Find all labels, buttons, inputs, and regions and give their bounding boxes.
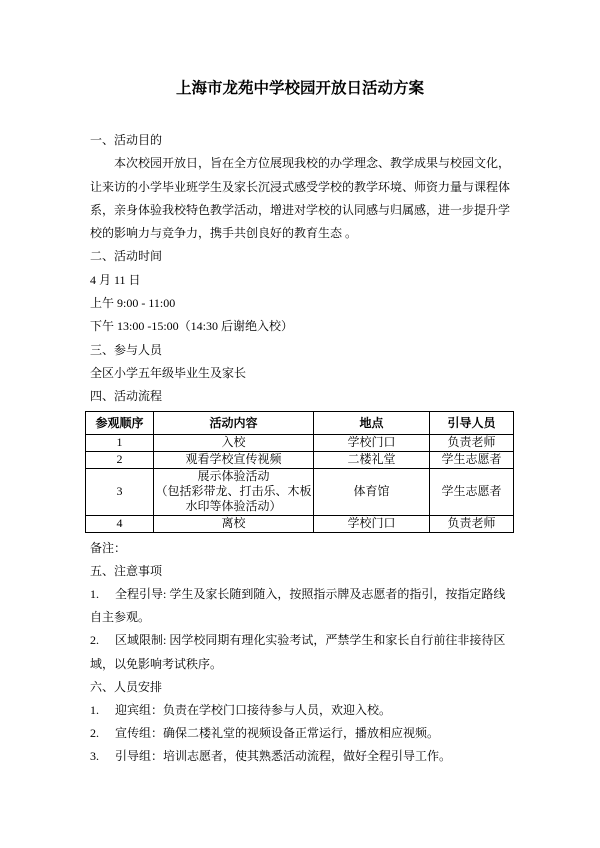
staffing-item: 3.引导组：培训志愿者，使其熟悉活动流程，做好全程引导工作。 xyxy=(90,745,600,768)
list-item-number: 3. xyxy=(90,745,115,768)
staffing-item: 1.迎宾组：负责在学校门口接待参与人员，欢迎入校。 xyxy=(90,699,600,722)
body-top: 一、活动目的 本次校园开放日，旨在全方位展现我校的办学理念、教学成果与校园文化，… xyxy=(90,129,600,409)
table-row: 2 观看学校宣传视频 二楼礼堂 学生志愿者 xyxy=(86,451,514,468)
time-date-line: 4 月 11 日 xyxy=(90,269,600,292)
table-cell-guide: 负责老师 xyxy=(430,515,514,532)
table-cell-activity: 观看学校宣传视频 xyxy=(154,451,314,468)
table-cell-guide: 负责老师 xyxy=(430,434,514,451)
table-cell-activity: 入校 xyxy=(154,434,314,451)
section-heading-purpose: 一、活动目的 xyxy=(90,129,600,152)
table-cell-location: 二楼礼堂 xyxy=(314,451,430,468)
table-cell-location: 体育馆 xyxy=(314,468,430,515)
table-cell-location: 学校门口 xyxy=(314,515,430,532)
body-bottom: 备注： 五、注意事项 1.全程引导: 学生及家长随到随入，按照指示牌及志愿者的指… xyxy=(90,537,600,769)
list-item-number: 1. xyxy=(90,583,115,606)
purpose-paragraph-line: 让来访的小学毕业班学生及家长沉浸式感受学校的教学环境、师资力量与课程体 xyxy=(90,176,600,199)
list-item-number: 1. xyxy=(90,699,115,722)
staffing-item: 2.宣传组：确保二楼礼堂的视频设备正常运行，播放相应视频。 xyxy=(90,722,600,745)
table-cell-order: 1 xyxy=(86,434,154,451)
document-body: 一、活动目的 本次校园开放日，旨在全方位展现我校的办学理念、教学成果与校园文化，… xyxy=(90,129,600,769)
purpose-paragraph-line: 本次校园开放日，旨在全方位展现我校的办学理念、教学成果与校园文化， xyxy=(90,152,600,175)
precaution-item-continuation: 域，以免影响考试秩序。 xyxy=(90,653,600,676)
table-cell-location: 学校门口 xyxy=(314,434,430,451)
list-item-number: 2. xyxy=(90,722,115,745)
document-page: 上海市龙苑中学校园开放日活动方案 一、活动目的 本次校园开放日，旨在全方位展现我… xyxy=(0,0,600,848)
table-cell-order: 4 xyxy=(86,515,154,532)
table-header-activity: 活动内容 xyxy=(154,411,314,434)
precaution-item-continuation: 自主参观。 xyxy=(90,606,600,629)
table-header-guide: 引导人员 xyxy=(430,411,514,434)
purpose-paragraph-line: 校的影响力与竞争力，携手共创良好的教育生态 。 xyxy=(90,222,600,245)
purpose-paragraph-line: 系，亲身体验我校特色教学活动，增进对学校的认同感与归属感，进一步提升学 xyxy=(90,199,600,222)
list-item-text: 引导组：培训志愿者，使其熟悉活动流程，做好全程引导工作。 xyxy=(115,749,451,763)
section-heading-participants: 三、参与人员 xyxy=(90,339,600,362)
precaution-item: 2.区域限制: 因学校同期有理化实验考试，严禁学生和家长自行前往非接待区 xyxy=(90,629,600,652)
table-header-location: 地点 xyxy=(314,411,430,434)
list-item-number: 2. xyxy=(90,629,115,652)
table-cell-guide: 学生志愿者 xyxy=(430,451,514,468)
list-item-text: 迎宾组：负责在学校门口接待参与人员，欢迎入校。 xyxy=(115,703,391,717)
table-header-order: 参观顺序 xyxy=(86,411,154,434)
process-table: 参观顺序 活动内容 地点 引导人员 1 入校 学校门口 负责老师 2 观看学校宣… xyxy=(85,411,514,533)
table-row: 4 离校 学校门口 负责老师 xyxy=(86,515,514,532)
precaution-item: 1.全程引导: 学生及家长随到随入，按照指示牌及志愿者的指引，按指定路线 xyxy=(90,583,600,606)
time-afternoon-line: 下午 13:00 -15:00（14:30 后谢绝入校） xyxy=(90,315,600,338)
table-cell-order: 3 xyxy=(86,468,154,515)
section-heading-staffing: 六、人员安排 xyxy=(90,676,600,699)
table-row: 1 入校 学校门口 负责老师 xyxy=(86,434,514,451)
table-cell-order: 2 xyxy=(86,451,154,468)
table-cell-guide: 学生志愿者 xyxy=(430,468,514,515)
time-morning-line: 上午 9:00 - 11:00 xyxy=(90,292,600,315)
participants-line: 全区小学五年级毕业生及家长 xyxy=(90,362,600,385)
section-heading-time: 二、活动时间 xyxy=(90,245,600,268)
table-header-row: 参观顺序 活动内容 地点 引导人员 xyxy=(86,411,514,434)
table-cell-activity: 离校 xyxy=(154,515,314,532)
section-heading-process: 四、活动流程 xyxy=(90,385,600,408)
section-heading-precautions: 五、注意事项 xyxy=(90,560,600,583)
document-title: 上海市龙苑中学校园开放日活动方案 xyxy=(0,79,600,99)
list-item-text: 区域限制: 因学校同期有理化实验考试，严禁学生和家长自行前往非接待区 xyxy=(115,633,505,647)
table-row: 3 展示体验活动 （包括彩带龙、打击乐、木板 水印等体验活动） 体育馆 学生志愿… xyxy=(86,468,514,515)
table-cell-activity: 展示体验活动 （包括彩带龙、打击乐、木板 水印等体验活动） xyxy=(154,468,314,515)
list-item-text: 宣传组：确保二楼礼堂的视频设备正常运行，播放相应视频。 xyxy=(115,726,439,740)
list-item-text: 全程引导: 学生及家长随到随入，按照指示牌及志愿者的指引，按指定路线 xyxy=(115,587,505,601)
table-note: 备注： xyxy=(90,537,600,560)
